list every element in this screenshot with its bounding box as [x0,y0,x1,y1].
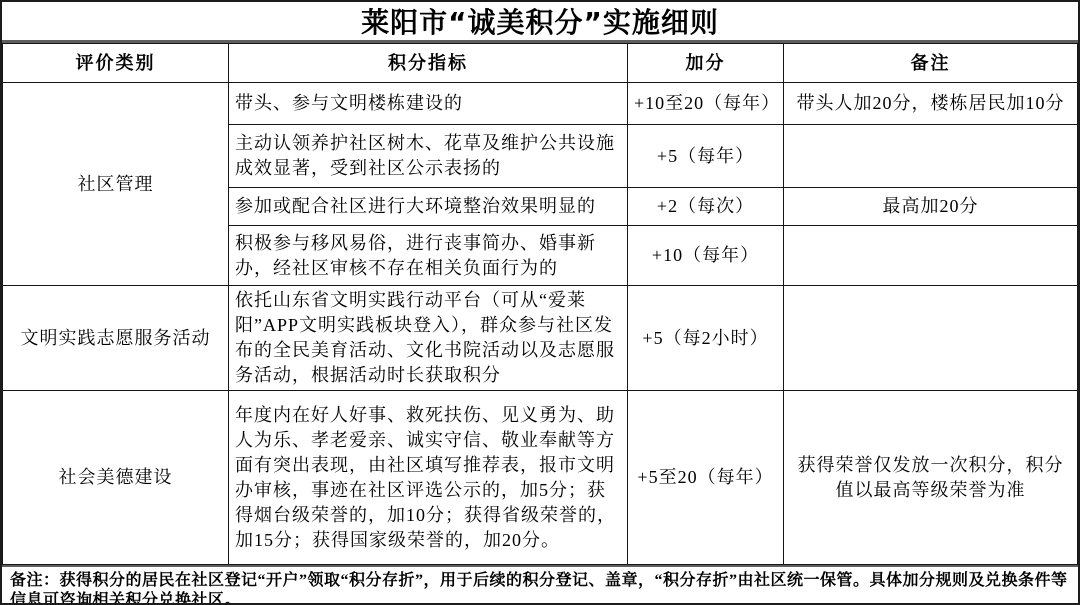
category-cell-social-virtue-building: 社会美德建设 [3,391,229,565]
indicator-cell: 积极参与移风易俗，进行丧事简办、婚事新办，经社区审核不存在相关负面行为的 [229,226,628,286]
points-rules-table: 评价类别 积分指标 加分 备注 社区管理 带头、参与文明楼栋建设的 +10至20… [2,43,1078,565]
col-header-remark: 备注 [784,44,1078,83]
score-cell: +5至20（每年） [628,391,784,565]
category-cell-civilized-practice-volunteer-service: 文明实践志愿服务活动 [3,286,229,391]
rules-sheet: 莱阳市“诚美积分”实施细则 评价类别 积分指标 加分 备注 社区管理 带头、参与… [0,0,1080,605]
col-header-indicator: 积分指标 [229,44,628,83]
remark-cell [784,226,1078,286]
remark-cell: 获得荣誉仅发放一次积分，积分值以最高等级荣誉为准 [784,391,1078,565]
table-header-row: 评价类别 积分指标 加分 备注 [3,44,1078,83]
category-cell-community-management: 社区管理 [3,83,229,286]
indicator-cell: 参加或配合社区进行大环境整治效果明显的 [229,188,628,226]
table-row: 社区管理 带头、参与文明楼栋建设的 +10至20（每年） 带头人加20分，楼栋居… [3,83,1078,125]
col-header-score: 加分 [628,44,784,83]
col-header-category: 评价类别 [3,44,229,83]
score-cell: +2（每次） [628,188,784,226]
score-cell: +5（每年） [628,125,784,188]
indicator-cell: 带头、参与文明楼栋建设的 [229,83,628,125]
score-cell: +5（每2小时） [628,286,784,391]
remark-cell [784,125,1078,188]
table-row: 文明实践志愿服务活动 依托山东省文明实践行动平台（可从“爱莱阳”APP文明实践板… [3,286,1078,391]
indicator-cell: 依托山东省文明实践行动平台（可从“爱莱阳”APP文明实践板块登入），群众参与社区… [229,286,628,391]
indicator-cell: 主动认领养护社区树木、花草及维护公共设施成效显著，受到社区公示表扬的 [229,125,628,188]
score-cell: +10至20（每年） [628,83,784,125]
footer-note: 备注：获得积分的居民在社区登记“开户”领取“积分存折”，用于后续的积分登记、盖章… [2,565,1078,605]
remark-cell [784,286,1078,391]
table-row: 社会美德建设 年度内在好人好事、救死扶伤、见义勇为、助人为乐、孝老爱亲、诚实守信… [3,391,1078,565]
remark-cell: 带头人加20分，楼栋居民加10分 [784,83,1078,125]
indicator-cell: 年度内在好人好事、救死扶伤、见义勇为、助人为乐、孝老爱亲、诚实守信、敬业奉献等方… [229,391,628,565]
page-title: 莱阳市“诚美积分”实施细则 [2,2,1078,43]
remark-cell: 最高加20分 [784,188,1078,226]
score-cell: +10（每年） [628,226,784,286]
